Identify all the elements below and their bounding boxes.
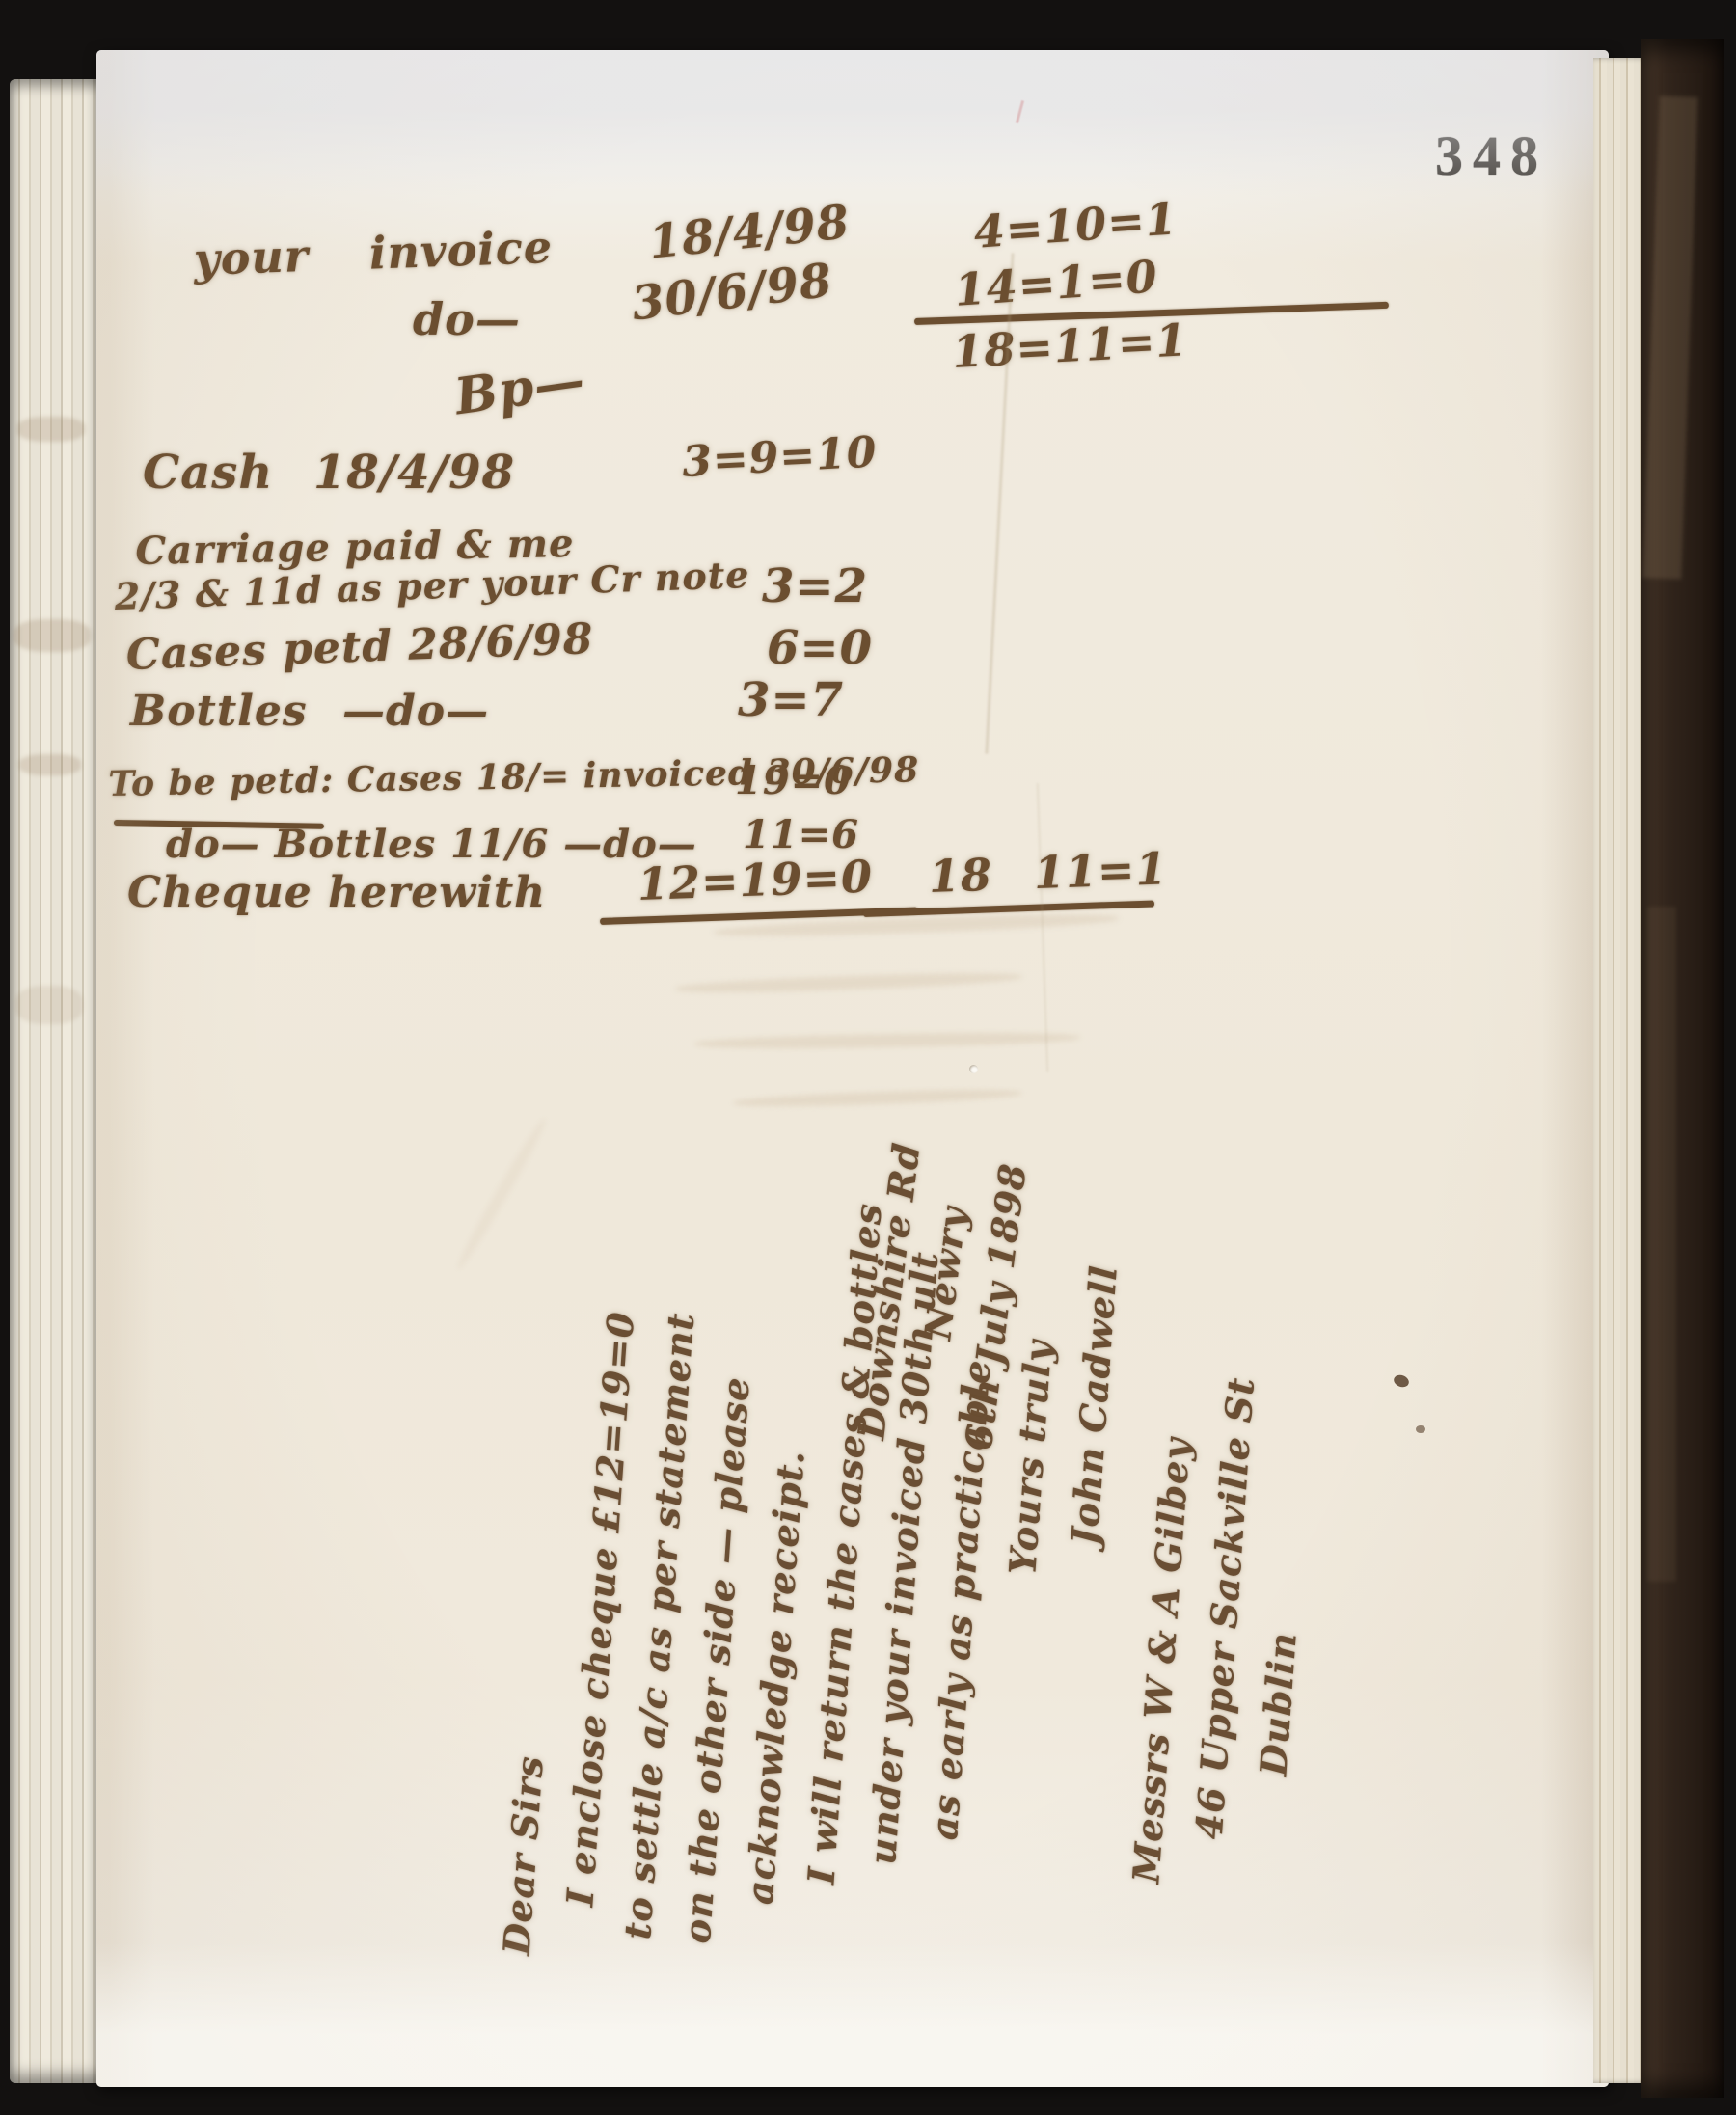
paper-crease xyxy=(1037,783,1048,1072)
ledger-entry-cash: Cash 18/4/98 xyxy=(143,446,515,500)
ledger-section-heading: Bp— xyxy=(451,350,588,426)
ledger-balance: 18 11=1 xyxy=(928,842,1168,903)
letter-body-block: Dear Sirs I enclose cheque £12=19=0 to s… xyxy=(487,1087,1346,2009)
ledger-total: 18=11=1 xyxy=(951,313,1189,378)
book-cover xyxy=(1641,39,1724,2098)
bleed-through-mark xyxy=(675,970,1022,996)
bleed-through-mark xyxy=(694,1031,1080,1051)
red-fiber-mark xyxy=(1016,100,1024,123)
page-edge-smudge xyxy=(15,986,83,1024)
ledger-entry-bottles: Bottles —do— xyxy=(130,687,489,736)
ledger-entry-crnote-amount: 3=2 xyxy=(762,559,868,613)
ink-spot xyxy=(1416,1425,1425,1433)
ink-spot xyxy=(1392,1373,1410,1390)
ledger-entry-cash-amount: 3=9=10 xyxy=(681,427,879,487)
ledger-entry-cheque: Cheque herewith xyxy=(127,868,546,917)
ledger-row1-amount: 4=10=1 xyxy=(972,192,1179,258)
ledger-entry-tobepetd-amount: 19=0 xyxy=(735,758,852,803)
page-edge-smudge xyxy=(17,417,85,442)
page-edge-smudge xyxy=(19,754,81,775)
ledger-entry-dobottles: do— Bottles 11/6 —do— xyxy=(166,822,697,867)
left-page-edges xyxy=(10,79,106,2083)
ledger-entry-cases: Cases petd 28/6/98 xyxy=(125,614,594,680)
paper-pinhole xyxy=(969,1065,978,1073)
ledger-entry-cases-amount: 6=0 xyxy=(767,621,873,675)
ledger-entry-bottles-amount: 3=7 xyxy=(738,673,844,727)
ledger-entry-cheque-amount: 12=19=0 xyxy=(637,850,874,909)
notebook-page: 348 your invoice 18/4/98 4=10=1 do— 30/6… xyxy=(96,50,1609,2087)
page-edge-smudge xyxy=(14,619,91,652)
ledger-row2-label: do— xyxy=(413,293,521,345)
cover-streak xyxy=(1647,907,1676,1582)
right-page-edges xyxy=(1593,58,1647,2083)
page-number-stamp: 348 xyxy=(1435,123,1548,188)
book-scan: 348 your invoice 18/4/98 4=10=1 do— 30/6… xyxy=(0,0,1736,2115)
ledger-row2-amount: 14=1=0 xyxy=(953,250,1159,316)
ledger-row1-label: your invoice xyxy=(193,221,554,285)
cover-streak xyxy=(1642,95,1697,579)
